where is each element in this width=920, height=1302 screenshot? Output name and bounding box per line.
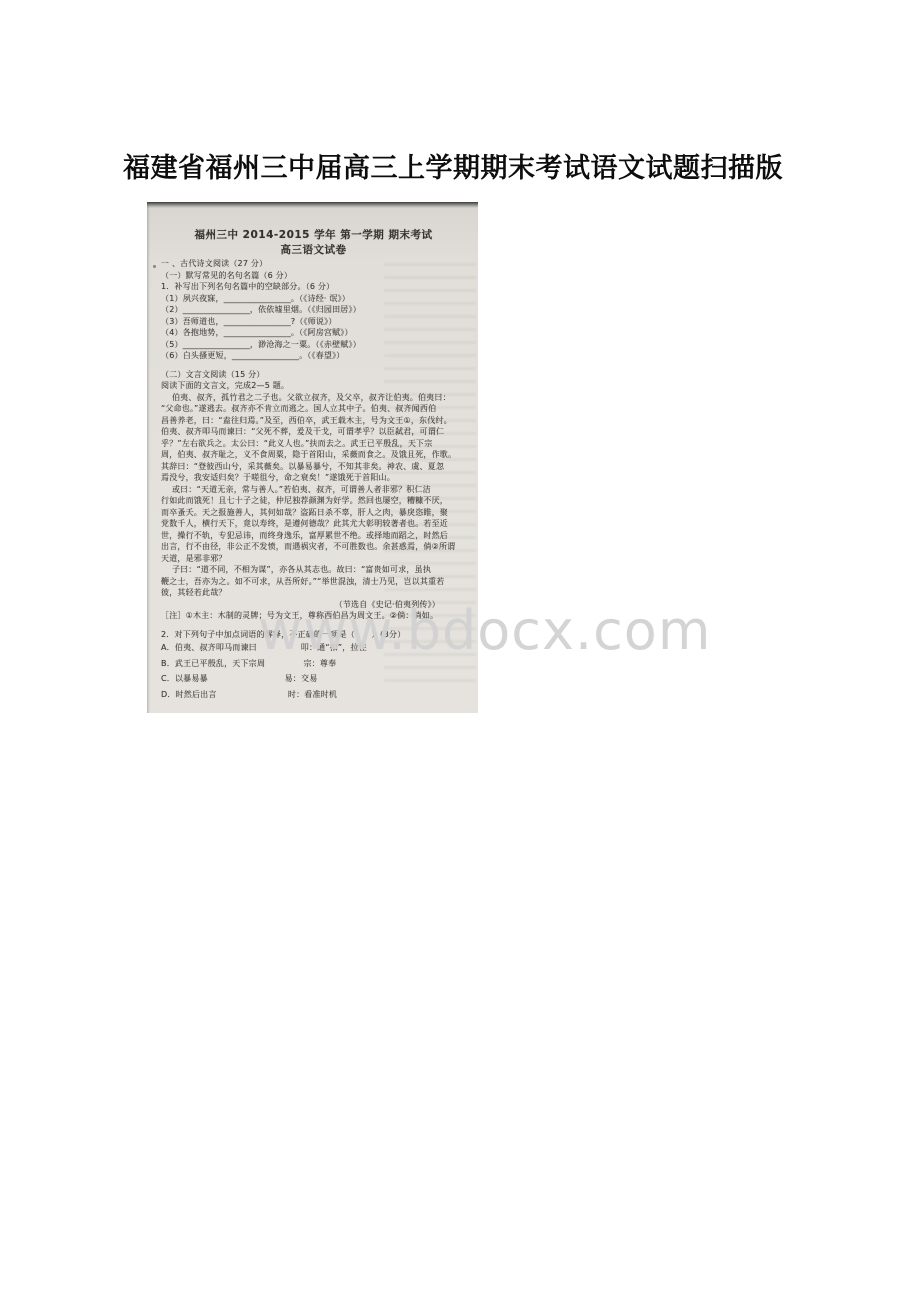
scan-text-line: 阅读下面的文言文，完成2—5 题。 [161, 380, 466, 392]
scan-text-line: 乎？”左右欲兵之。太公曰：“此义人也。”扶而去之。武王已平殷乱，天下宗 [161, 438, 466, 450]
scan-text-line: 行如此而饿死！且七十子之徒，仲尼独荐颜渊为好学。然回也屡空，糟糠不厌， [161, 495, 466, 507]
scan-text-line: 一 、古代诗文阅读（27 分） [161, 258, 466, 270]
scan-text-line: （节选自《史记·伯夷列传》） [161, 599, 466, 611]
scanned-exam-image: 福州三中 2014-2015 学年 第一学期 期末考试高三语文试卷一 、古代诗文… [147, 202, 478, 713]
scan-text-line: 鞭之士，吾亦为之。如不可求，从吾所好。”“举世混浊，清士乃见，岂以其重若 [161, 576, 466, 588]
scan-text-line: （6）白头搔更短，________________。（《春望》） [161, 350, 466, 362]
scan-text-line: 昌善养老，曰：“盍往归焉。”及至，西伯卒，武王载木主，号为文王①，东伐纣。 [161, 415, 466, 427]
scan-text-line: 其辞曰：“登彼西山兮，采其薇矣。以暴易暴兮，不知其非矣。神农、虞、夏忽 [161, 461, 466, 473]
scan-text-line: 出言，行不由径，非公正不发愤，而遇祸灾者，不可胜数也。余甚惑焉，倘②所谓 [161, 541, 466, 553]
scan-text-line [161, 362, 466, 369]
scan-text-line: 伯夷、叔齐叩马而谏曰：“父死不葬，爰及干戈，可谓孝乎？以臣弑君，可谓仁 [161, 426, 466, 438]
scan-text-line: 而卒蚤夭。天之报施善人，其何如哉？盗跖日杀不辜，肝人之肉，暴戾恣睢，聚 [161, 507, 466, 519]
scan-text-line: 党数千人，横行天下，竟以寿终，是遵何德哉？此其尤大彰明较著者也。若至近 [161, 518, 466, 530]
scan-text-line: （2）________________，依依墟里烟。（《归园田居》） [161, 304, 466, 316]
page-title: 福建省福州三中届高三上学期期末考试语文试题扫描版 [123, 146, 783, 185]
scan-text-line: 焉没兮，我安适归矣？于嗟徂兮，命之衰矣！”遂饿死于首阳山。 [161, 472, 466, 484]
scan-text-line: （4）各抱地势，________________。（《阿房宫赋》） [161, 327, 466, 339]
scan-text-line: 子曰：“道不同，不相为谋”，亦各从其志也。故曰：“富贵如可求，虽执 [161, 564, 466, 576]
scan-text-line: D．时然后出言 时：看准时机 [161, 687, 466, 703]
scan-text-line [161, 622, 466, 629]
scan-text-line: C．以暴易暴 易：交易 [161, 671, 466, 687]
scan-text-line: （3）吾师道也，________________?（《师说》） [161, 316, 466, 328]
scan-text-line: 伯夷、叔齐，孤竹君之二子也。父欲立叔齐，及父卒，叔齐让伯夷。伯夷曰： [161, 392, 466, 404]
scan-text-line: （二）文言文阅读（15 分） [161, 369, 466, 381]
scan-text-line: 世，操行不轨，专犯忌讳，而终身逸乐，富厚累世不绝。或择地而蹈之，时然后 [161, 530, 466, 542]
scan-text-line: A．伯夷、叔齐叩马而谏曰 叩：通“扣”，拉住 [161, 640, 466, 656]
scan-text-line: （5）________________，渺沧海之一粟。（《赤壁赋》） [161, 339, 466, 351]
scan-text-line: 或曰：“天道无亲，常与善人。”若伯夷、叔齐，可谓善人者非邪？积仁洁 [161, 484, 466, 496]
scan-text-line: ［注］①木主：木制的灵牌；号为文王，尊称西伯昌为周文王。②倘：倘如。 [161, 610, 466, 622]
scan-text-line: 天道，是邪非邪？ [161, 553, 466, 565]
scan-text-line: 2．对下列句子中加点词语的解释，不正确的一项是（ ）（3分） [161, 629, 466, 641]
scan-text-lines: 福州三中 2014-2015 学年 第一学期 期末考试高三语文试卷一 、古代诗文… [147, 202, 478, 702]
scan-text-line: 高三语文试卷 [161, 243, 466, 258]
scan-text-line: 福州三中 2014-2015 学年 第一学期 期末考试 [161, 228, 466, 243]
scan-text-line: 彼，其轻若此哉？ [161, 587, 466, 599]
scan-text-line: （1）夙兴夜寐，________________。（《诗经· 氓》） [161, 293, 466, 305]
scan-text-line: “父命也。”遂逃去。叔齐亦不肯立而逃之。国人立其中子。伯夷、叔齐闻西伯 [161, 403, 466, 415]
document-page: 福建省福州三中届高三上学期期末考试语文试题扫描版 福州三中 2014-2015 … [0, 0, 920, 1302]
scan-text-line: 周，伯夷、叔齐耻之，义不食周粟，隐于首阳山，采薇而食之。及饿且死，作歌。 [161, 449, 466, 461]
scan-text-line: 1．补写出下列名句名篇中的空缺部分。（6 分） [161, 281, 466, 293]
scan-text-line: B．武王已平殷乱，天下宗周 宗：尊奉 [161, 656, 466, 672]
scan-text-line: （一）默写常见的名句名篇（6 分） [161, 270, 466, 282]
